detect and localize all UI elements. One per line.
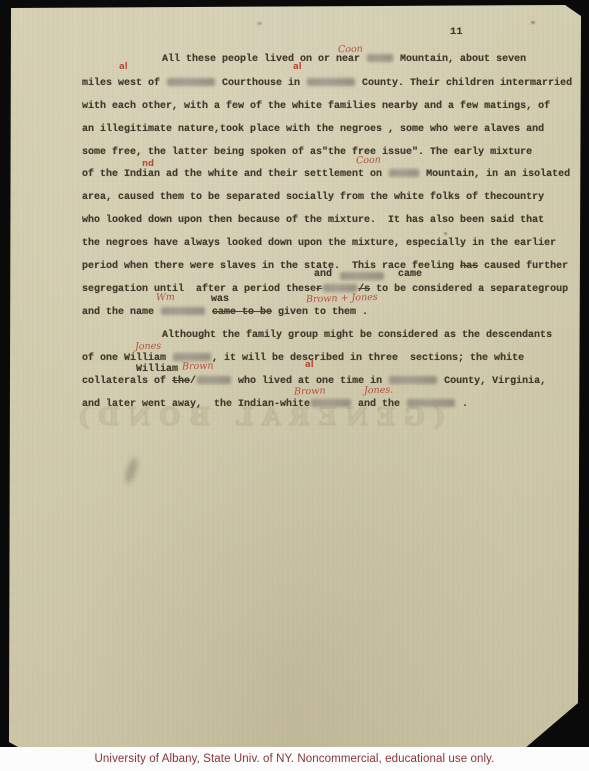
red-handwritten-annotation: Brown — [182, 360, 214, 372]
typed-text-segment: Althought the family group might be cons… — [162, 330, 552, 341]
typed-line: Althought the family group might be cons… — [162, 330, 552, 341]
red-handwritten-annotation: al — [119, 62, 128, 72]
red-handwritten-annotation: Coon — [356, 155, 381, 167]
typed-text-segment: with each other, with a few of the white… — [82, 101, 550, 112]
typed-text-segment: of one William — [82, 353, 172, 364]
typed-text-segment: of the Indian ad the white and their set… — [82, 169, 388, 180]
redacted-name-smudge — [161, 307, 205, 315]
typed-text-segment: Courthouse in — [216, 78, 306, 89]
typed-text-segment: given to them . — [272, 307, 368, 318]
typed-text-segment: to be considered a separategroup — [370, 284, 568, 295]
pencil-smudge-stain — [123, 456, 140, 484]
ink-fleck-stain — [531, 21, 535, 24]
red-handwritten-annotation: Jones. — [364, 384, 394, 396]
typed-text-segment: All these people lived on or near — [162, 54, 366, 65]
typed-text-segment: collaterals of — [82, 376, 172, 387]
typed-text-segment: and the — [352, 399, 406, 410]
struck-out-text: the — [172, 376, 190, 387]
typed-text-segment: miles west of — [82, 78, 166, 89]
redacted-name-smudge — [323, 284, 357, 292]
typed-text-segment: County. Their children intermarried — [356, 78, 572, 89]
typed-line: of the Indian ad the white and their set… — [82, 169, 570, 180]
typed-correction: William — [136, 364, 178, 375]
redacted-name-smudge — [340, 272, 384, 280]
typed-text-segment: Mountain, about seven — [394, 54, 526, 65]
typed-line: and later went away, the Indian-white an… — [82, 399, 468, 410]
redacted-name-smudge — [311, 399, 351, 407]
redacted-name-smudge — [407, 399, 455, 407]
typed-line: some free, the latter being spoken of as… — [82, 147, 532, 158]
redacted-name-smudge — [307, 78, 355, 86]
ink-fleck-stain — [257, 22, 262, 25]
typed-correction: was — [211, 294, 229, 305]
typed-text-segment: and later went away, the Indian-white — [82, 399, 310, 410]
viewer-background: (GENERAL BOND) 11 All these people lived… — [0, 0, 589, 771]
typed-line: All these people lived on or near Mounta… — [162, 54, 526, 65]
typed-line: the negroes have always looked down upon… — [82, 238, 556, 249]
typed-text-segment: , it will be described in three sections… — [212, 353, 524, 364]
typed-line: with each other, with a few of the white… — [82, 101, 550, 112]
red-handwritten-annotation: al — [293, 62, 302, 72]
red-handwritten-annotation: Coon — [338, 44, 363, 56]
struck-out-text: came to be — [212, 307, 272, 318]
typed-text-segment: area, caused them to be separated social… — [82, 192, 544, 203]
redacted-name-smudge — [197, 376, 231, 384]
document-page: (GENERAL BOND) 11 All these people lived… — [7, 5, 583, 752]
typed-text-segment: who looked down upon then because of the… — [82, 215, 544, 226]
typed-line: of one William , it will be described in… — [82, 353, 524, 364]
typed-text-segment: segregation until after a period these — [82, 284, 316, 295]
redacted-name-smudge — [389, 376, 437, 384]
typed-text-segment: / — [190, 376, 196, 387]
typed-text-segment: caused further — [478, 261, 568, 272]
typed-text-segment: some free, the latter being spoken of as… — [82, 147, 532, 158]
typed-correction: came — [398, 269, 422, 280]
typed-line: area, caused them to be separated social… — [82, 192, 544, 203]
typed-text-segment: the negroes have always looked down upon… — [82, 238, 556, 249]
struck-out-text: has — [460, 261, 478, 272]
typed-line: an illegitimate nature,took place with t… — [82, 124, 544, 135]
typed-text-segment: County, Virginia, — [438, 376, 546, 387]
typed-text-segment: an illegitimate nature,took place with t… — [82, 124, 544, 135]
typed-line: who looked down upon then because of the… — [82, 215, 544, 226]
red-handwritten-annotation: Jones — [135, 341, 162, 353]
redacted-name-smudge — [389, 169, 419, 177]
red-handwritten-annotation: nd — [142, 159, 154, 169]
red-handwritten-annotation: Brown + Jones — [306, 292, 378, 305]
redacted-name-smudge — [367, 54, 393, 62]
typed-line: and the name came to be given to them . — [82, 307, 368, 318]
typed-line: miles west of Courthouse in County. Thei… — [82, 78, 572, 89]
ink-fleck-stain — [444, 232, 447, 235]
typed-text-segment: Mountain, in an isolated — [420, 169, 570, 180]
page-number: 11 — [450, 26, 463, 38]
caption-bar: University of Albany, State Univ. of NY.… — [0, 747, 589, 771]
typed-correction: and — [314, 269, 332, 280]
typed-text-segment: and the name — [82, 307, 160, 318]
red-handwritten-annotation: al — [305, 360, 314, 370]
typed-text-segment: . — [456, 399, 468, 410]
red-handwritten-annotation: Wm — [156, 292, 175, 304]
redacted-name-smudge — [167, 78, 215, 86]
red-handwritten-annotation: Brown — [294, 385, 326, 397]
attribution-text: University of Albany, State Univ. of NY.… — [95, 753, 495, 765]
